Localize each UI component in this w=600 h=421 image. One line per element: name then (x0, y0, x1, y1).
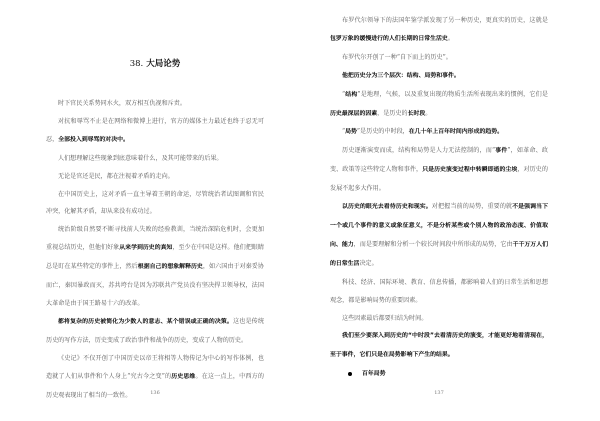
bold-text: 全部投入到辱骂的对决中。 (58, 137, 129, 143)
paragraph: 对抗和辱骂不止是在网络和微博上进行，官方的媒体主力最近也终于忍无可忍，全部投入到… (46, 113, 264, 150)
text: 布罗代尔领导下的法国年鉴学派发现了另一种历史，更真实的历史，这就是 (342, 17, 548, 24)
paragraph: 这些因素最后都要归结为时间。 (330, 310, 548, 328)
bold-text: 从来学到历史的真知 (119, 245, 172, 251)
chapter-number: 38. (130, 59, 144, 69)
page-number-right: 137 (330, 390, 548, 396)
page-number-left: 136 (46, 390, 264, 396)
chapter-title-text: 大局论势 (146, 59, 180, 69)
bold-text: 以历史的眼光去看待历史和现实。 (342, 204, 432, 210)
paragraph: 布罗代尔开创了一种“自下而上的历史”。 (330, 49, 548, 67)
text: ，而是要理解和分析一个较长时间段中所形成的局势，它由 (354, 241, 513, 248)
text: 时下官民关系势同水火，双方相互仇视和斥责。 (58, 100, 186, 107)
bold-text: 他把历史分为三个层次：结构、局势和事件。 (342, 73, 460, 79)
bullet-heading-text: 百年局势 (362, 371, 386, 377)
text: 在中国历史上，这对矛盾一直主导着王朝的命运，尽管统治者试图调和官民冲突，化解其矛… (46, 191, 264, 216)
book-spread: 38.大局论势 时下官民关系势同水火，双方相互仇视和斥责。对抗和辱骂不止是在网络… (0, 0, 600, 421)
left-page-body: 时下官民关系势同水火，双方相互仇视和斥责。对抗和辱骂不止是在网络和微博上进行，官… (46, 95, 264, 404)
paragraph: 我们至少要深入到历史的“中时段”去看清历史的演变，才能更好地看清现在，至于事件，… (330, 327, 548, 365)
bold-text: 历史思维 (171, 374, 195, 380)
paragraph: 人们想理解这些现象到底意味着什么，及其可能带来的后果。 (46, 150, 264, 168)
bold-text: 长时段 (408, 111, 426, 117)
bold-text: 局势 (345, 129, 357, 135)
text: 无论是官还是民，都在注视着矛盾的走向。 (58, 173, 174, 180)
bold-text: 包罗万象的缓慢进行的人们长期的日常生活史 (330, 36, 448, 42)
paragraph: “局势”是历史的中时段，在几十年上百年时间内形成的趋势。 (330, 123, 548, 142)
paragraph: 以历史的眼光去看待历史和现实。对把握当前的局势，重要的就不是强调当下一个或几个事… (330, 198, 548, 274)
bold-text: 结构 (345, 92, 357, 98)
paragraph: 历史逐渐演变而成，结构和局势是人力无法控制的，而“事件”，如革命、政变、政策等这… (330, 142, 548, 198)
bold-text: 我们至少要深入到历史的“中时段”去看清历史的演变，才能更好地看清现在，至于事件，… (330, 333, 548, 358)
text: 布罗代尔开创了一种“自下而上的历史”。 (342, 54, 452, 61)
paragraph: “结构”是地理，气候，以及重复出现的物质生活所表现出来的惯例，它们是历史最深层的… (330, 86, 548, 124)
paragraph: 都将复杂的历史被简化为少数人的意志、某个错误或正确的决策。这也是传统历史的写作方… (46, 313, 264, 350)
bold-text: 事件 (495, 148, 507, 154)
text: 。 (425, 110, 431, 117)
text: 。 (448, 35, 454, 42)
text: 科技、经济、国际环境、教育、信息传播，都影响着人们的日常生活和思想观念，都是影响… (330, 279, 548, 304)
text: 这些因素最后都要归结为时间。 (342, 315, 427, 322)
bullet-heading: 百年局势 (330, 365, 548, 384)
text: ”是历史的中时段， (357, 128, 409, 135)
paragraph: 在中国历史上，这对矛盾一直主导着王朝的命运，尽管统治者试图调和官民冲突，化解其矛… (46, 186, 264, 222)
paragraph: 他把历史分为三个层次：结构、局势和事件。 (330, 67, 548, 86)
right-page: 布罗代尔领导下的法国年鉴学派发现了另一种历史，更真实的历史，这就是包罗万象的缓慢… (330, 0, 548, 421)
bullet-icon (348, 372, 352, 376)
text: 人们想理解这些现象到底意味着什么，及其可能带来的后果。 (58, 155, 223, 162)
text: 决定。 (359, 260, 377, 267)
text: 对把握当前的局势，重要的就 (432, 203, 512, 210)
bold-text: 历史最深层的因素 (330, 111, 377, 117)
chapter-title: 38.大局论势 (46, 57, 264, 69)
paragraph: 科技、经济、国际环境、教育、信息传播，都影响着人们的日常生活和思想观念，都是影响… (330, 274, 548, 310)
bold-text: 都将复杂的历史被简化为少数人的意志、某个错误或正确的决策。 (58, 319, 233, 325)
paragraph: 《史记》不仅开创了中国历史以帝王将相等人物传记为中心的写作体例，也造就了人们从事… (46, 350, 264, 405)
bold-text: 只是历史演变过程中转瞬即逝的尘埃 (422, 167, 517, 173)
paragraph: 统治阶级自然要不断寻找前人失败的经验教训，当统治深陷危机时，会更加重视总结历史，… (46, 221, 264, 313)
paragraph: 无论是官还是民，都在注视着矛盾的走向。 (46, 168, 264, 186)
text: ，是历史的 (377, 110, 407, 117)
paragraph: 布罗代尔领导下的法国年鉴学派发现了另一种历史，更真实的历史，这就是包罗万象的缓慢… (330, 12, 548, 49)
text: 历史逐渐演变而成，结构和局势是人力无法控制的，而“ (342, 147, 495, 154)
left-page: 38.大局论势 时下官民关系势同水火，双方相互仇视和斥责。对抗和辱骂不止是在网络… (46, 0, 264, 421)
paragraph: 时下官民关系势同水火，双方相互仇视和斥责。 (46, 95, 264, 113)
right-page-body: 布罗代尔领导下的法国年鉴学派发现了另一种历史，更真实的历史，这就是包罗万象的缓慢… (330, 12, 548, 384)
text: ”是地理，气候，以及重复出现的物质生活所表现出来的惯例，它们是 (357, 91, 548, 98)
bold-text: 根据自己的想象解释历史 (138, 264, 203, 270)
bold-text: 在几十年上百年时间内形成的趋势。 (409, 129, 503, 135)
